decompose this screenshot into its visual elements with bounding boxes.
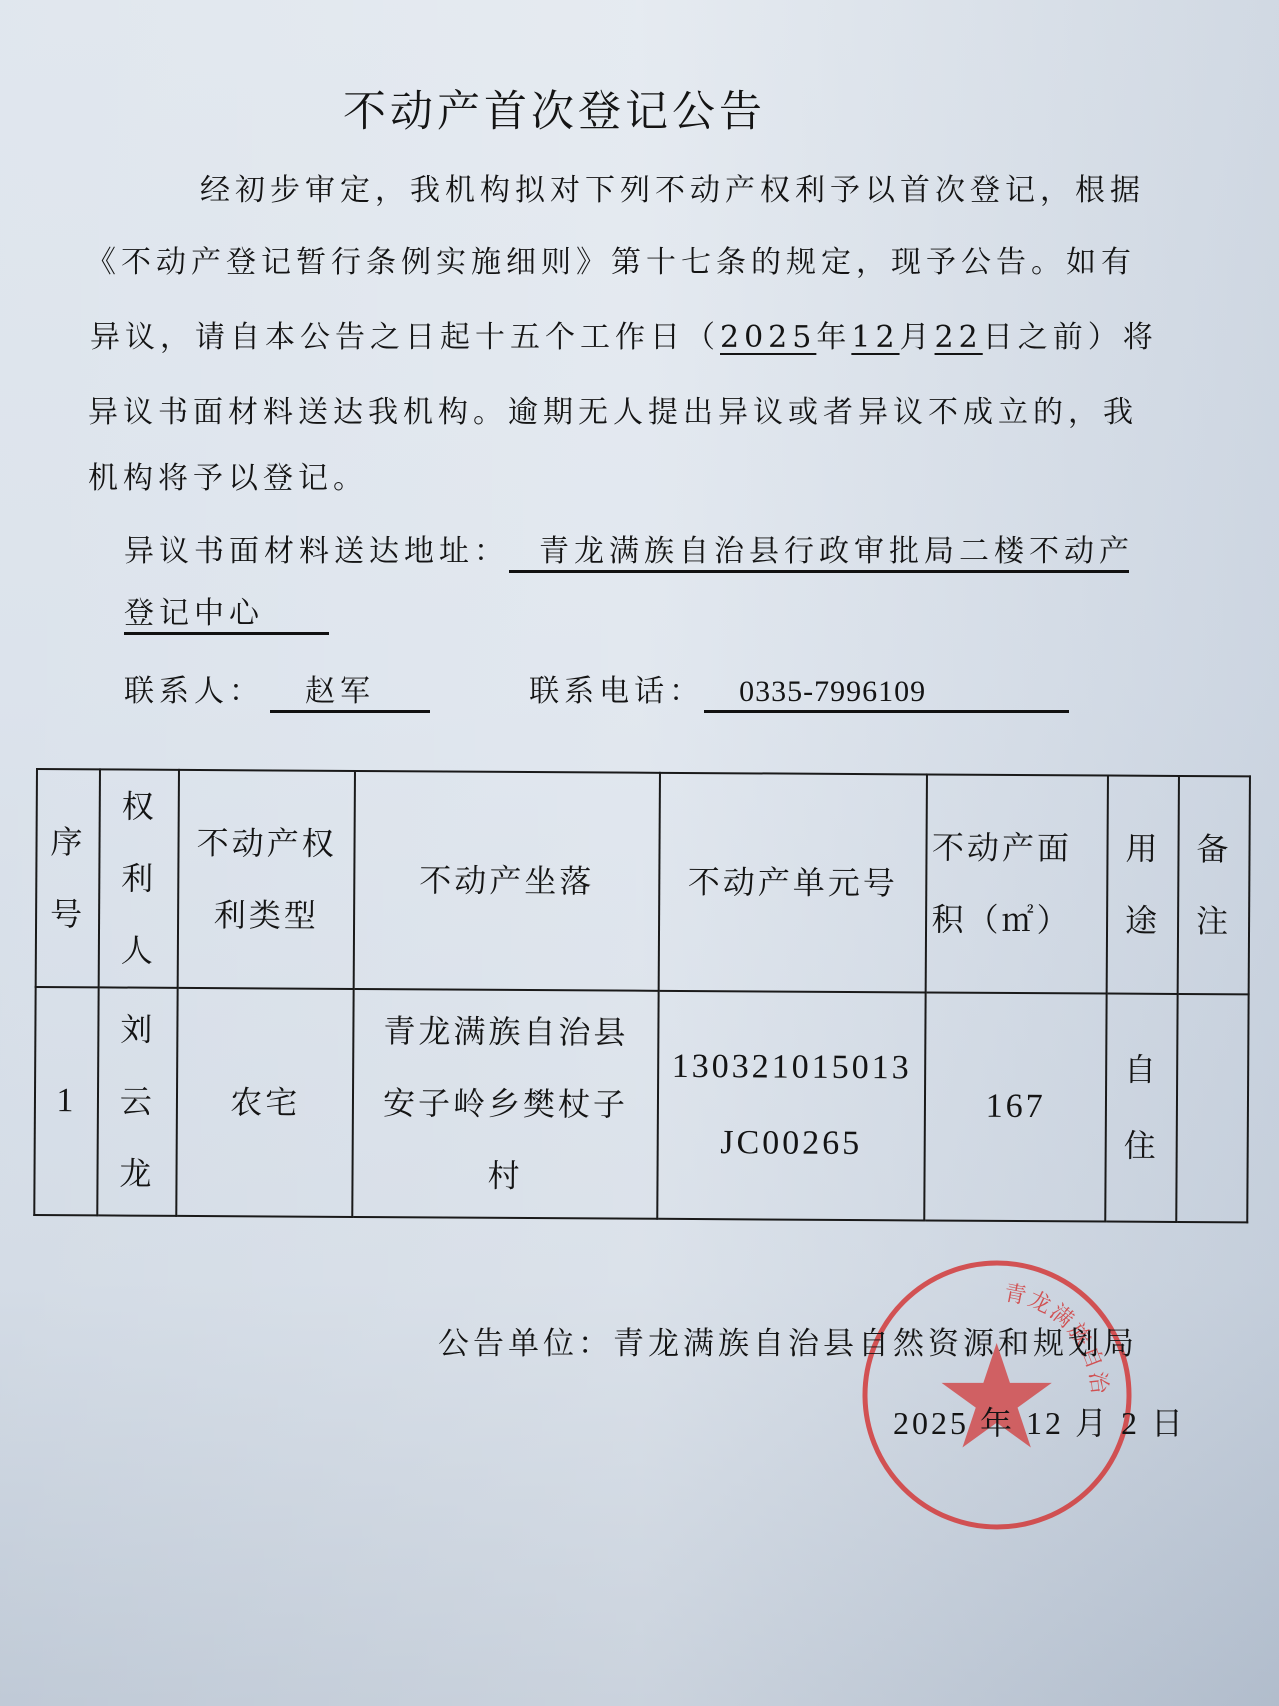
contact-row: 联系人：赵军 联系电话：0335-7996109 bbox=[124, 672, 1069, 713]
address-row-2: 登记中心 bbox=[124, 594, 329, 635]
official-seal-icon: 青龙满族自治县自然资源和规划局 bbox=[857, 1255, 1137, 1535]
body-line-3: 异议，请自本公告之日起十五个工作日（2025年12月22日之前）将 bbox=[90, 318, 1158, 358]
header-location: 不动产坐落 bbox=[354, 771, 660, 991]
body-line-3-prefix: 异议，请自本公告之日起十五个工作日（ bbox=[90, 320, 720, 355]
issue-date: 2025 年 12 月 2 日 bbox=[893, 1398, 1186, 1444]
header-right-type: 不动产权利类型 bbox=[178, 770, 356, 989]
date-year: 2025 bbox=[893, 1405, 969, 1441]
issuer-value: 青龙满族自治县自然资源和规划局 bbox=[613, 1326, 1138, 1362]
month-unit: 月 bbox=[900, 320, 935, 355]
title-text: 不动产首次登记公告 bbox=[343, 78, 766, 139]
date-day: 2 bbox=[1121, 1405, 1140, 1441]
cell-location: 青龙满族自治县安子岭乡樊杖子村 bbox=[353, 989, 659, 1219]
contact-phone-value: 0335-7996109 bbox=[704, 674, 1069, 713]
body-line-5: 机构将予以登记。 bbox=[88, 459, 368, 499]
table-header-row: 序号 权利人 不动产权利类型 不动产坐落 不动产单元号 不动产面积（㎡） 用途 … bbox=[36, 769, 1250, 994]
header-note: 备注 bbox=[1178, 776, 1250, 994]
cell-use: 自住 bbox=[1105, 994, 1177, 1222]
issuer-line: 公告单位：青龙满族自治县自然资源和规划局 bbox=[438, 1318, 1138, 1363]
cell-holder: 刘云龙 bbox=[97, 987, 177, 1215]
address-value-line-1: 青龙满族自治县行政审批局二楼不动产 bbox=[509, 534, 1129, 573]
contact-person-value: 赵军 bbox=[270, 674, 430, 713]
contact-person-label: 联系人： bbox=[124, 674, 264, 709]
cell-unit-no: 130321015013JC00265 bbox=[657, 991, 926, 1221]
cell-area: 167 bbox=[925, 992, 1107, 1221]
cell-seq: 1 bbox=[34, 987, 98, 1215]
date-year-unit: 年 bbox=[980, 1405, 1015, 1441]
body-line-4: 异议书面材料送达我机构。逾期无人提出异议或者异议不成立的，我 bbox=[88, 393, 1138, 433]
issuer-label: 公告单位： bbox=[438, 1326, 613, 1362]
address-value-line-2: 登记中心 bbox=[124, 596, 329, 635]
body-line-3-suffix: 日之前）将 bbox=[983, 320, 1158, 355]
header-seq: 序号 bbox=[36, 769, 100, 987]
body-line-2: 《不动产登记暂行条例实施细则》第十七条的规定，现予公告。如有 bbox=[86, 243, 1136, 283]
table-row: 1 刘云龙 农宅 青龙满族自治县安子岭乡樊杖子村 130321015013JC0… bbox=[34, 987, 1248, 1222]
header-area: 不动产面积（㎡） bbox=[926, 774, 1108, 993]
header-unit-no: 不动产单元号 bbox=[658, 773, 927, 993]
deadline-day: 22 bbox=[935, 320, 983, 355]
deadline-month: 12 bbox=[851, 320, 899, 355]
cell-right-type: 农宅 bbox=[176, 988, 354, 1217]
header-holder: 权利人 bbox=[99, 769, 179, 987]
date-month-unit: 月 bbox=[1075, 1405, 1110, 1441]
year-unit: 年 bbox=[816, 320, 851, 355]
address-row: 异议书面材料送达地址：青龙满族自治县行政审批局二楼不动产 bbox=[124, 532, 1129, 573]
deadline-year: 2025 bbox=[720, 320, 816, 355]
body-line-1: 经初步审定，我机构拟对下列不动产权利予以首次登记，根据 bbox=[200, 171, 1145, 211]
address-label: 异议书面材料送达地址： bbox=[124, 534, 509, 569]
date-month: 12 bbox=[1026, 1405, 1064, 1441]
header-use: 用途 bbox=[1107, 776, 1179, 994]
cell-note bbox=[1176, 994, 1248, 1222]
date-day-unit: 日 bbox=[1151, 1405, 1186, 1441]
registration-table: 序号 权利人 不动产权利类型 不动产坐落 不动产单元号 不动产面积（㎡） 用途 … bbox=[33, 768, 1251, 1223]
contact-phone-label: 联系电话： bbox=[529, 674, 704, 709]
